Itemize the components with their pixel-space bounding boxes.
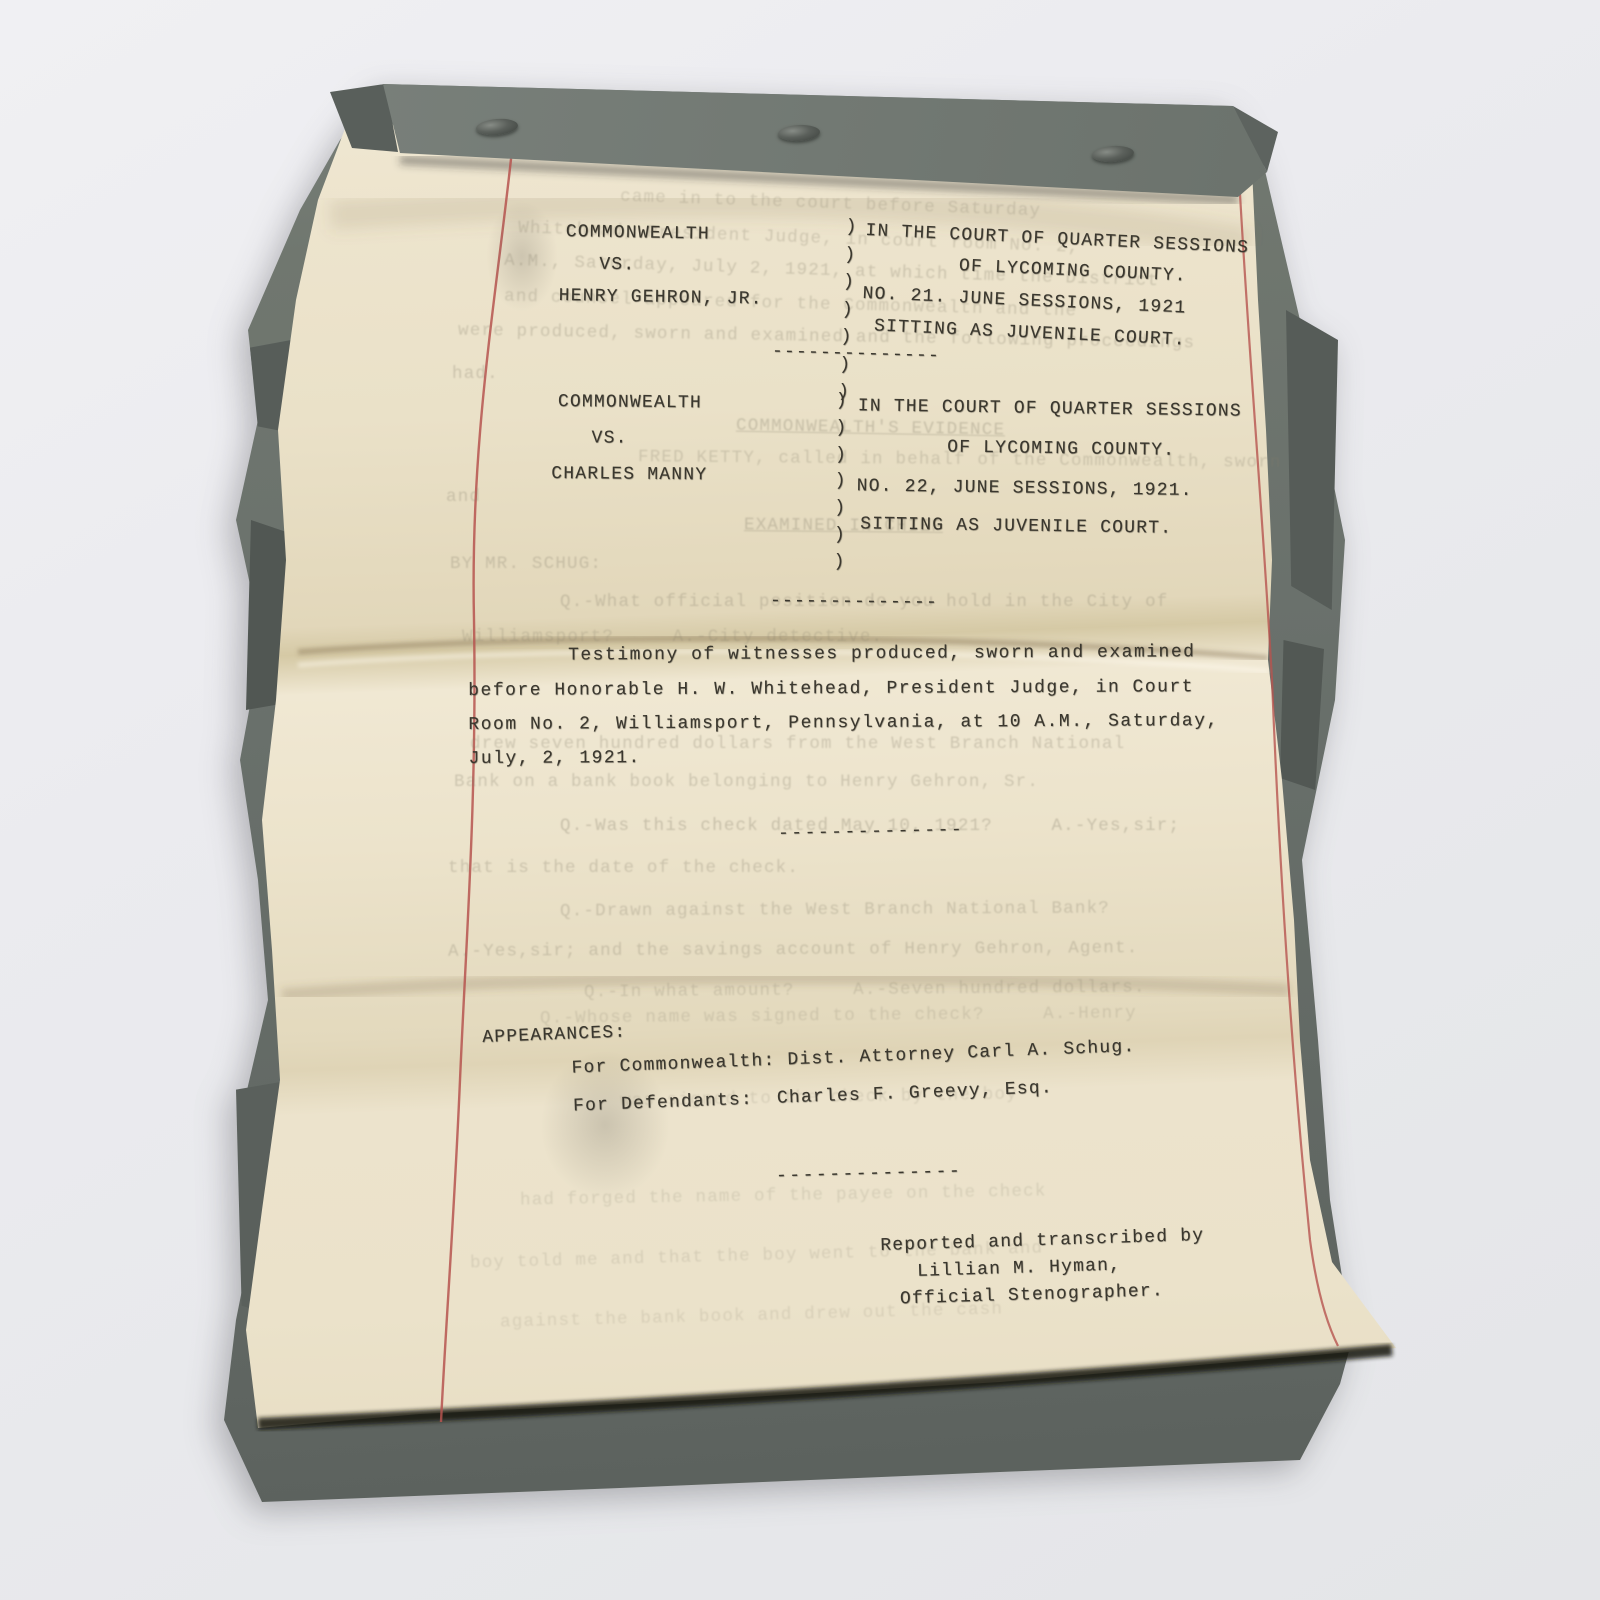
section-separator: -------------- [770, 591, 938, 613]
folder-torn-edge [1286, 310, 1338, 610]
section-separator: -------------- [778, 820, 965, 844]
bleedthrough-line: A.-Yes,sir; and the savings account of H… [448, 938, 1139, 962]
bleedthrough-line: that is the date of the check. [448, 858, 799, 878]
testimony-line: before Honorable H. W. Whitehead, Presid… [468, 677, 1194, 701]
case-1-vs: VS. [599, 255, 635, 276]
bleedthrough-line: and [446, 487, 481, 507]
case-1-plaintiff: COMMONWEALTH [566, 222, 710, 245]
bleedthrough-line: Q.-Drawn against the West Branch Nationa… [560, 899, 1110, 922]
photo-of-court-transcript: came in to the court before Saturday Whi… [0, 0, 1600, 1600]
case-2-defendant: CHARLES MANNY [551, 464, 707, 485]
case-2-plaintiff: COMMONWEALTH [558, 392, 702, 413]
case-1-defendant: HENRY GEHRON, JR. [559, 286, 763, 310]
bleedthrough-line: Bank on a bank book belonging to Henry G… [454, 772, 1039, 792]
testimony-line: Room No. 2, Williamsport, Pennsylvania, … [468, 711, 1219, 735]
bleedthrough-line: BY MR. SCHUG: [450, 554, 602, 574]
testimony-line: Testimony of witnesses produced, sworn a… [568, 642, 1195, 665]
bleedthrough-line: had. [452, 364, 499, 384]
testimony-line: July, 2, 1921. [469, 748, 641, 769]
case-2-court-line: OF LYCOMING COUNTY. [947, 438, 1175, 461]
case-2-vs: VS. [592, 428, 628, 448]
